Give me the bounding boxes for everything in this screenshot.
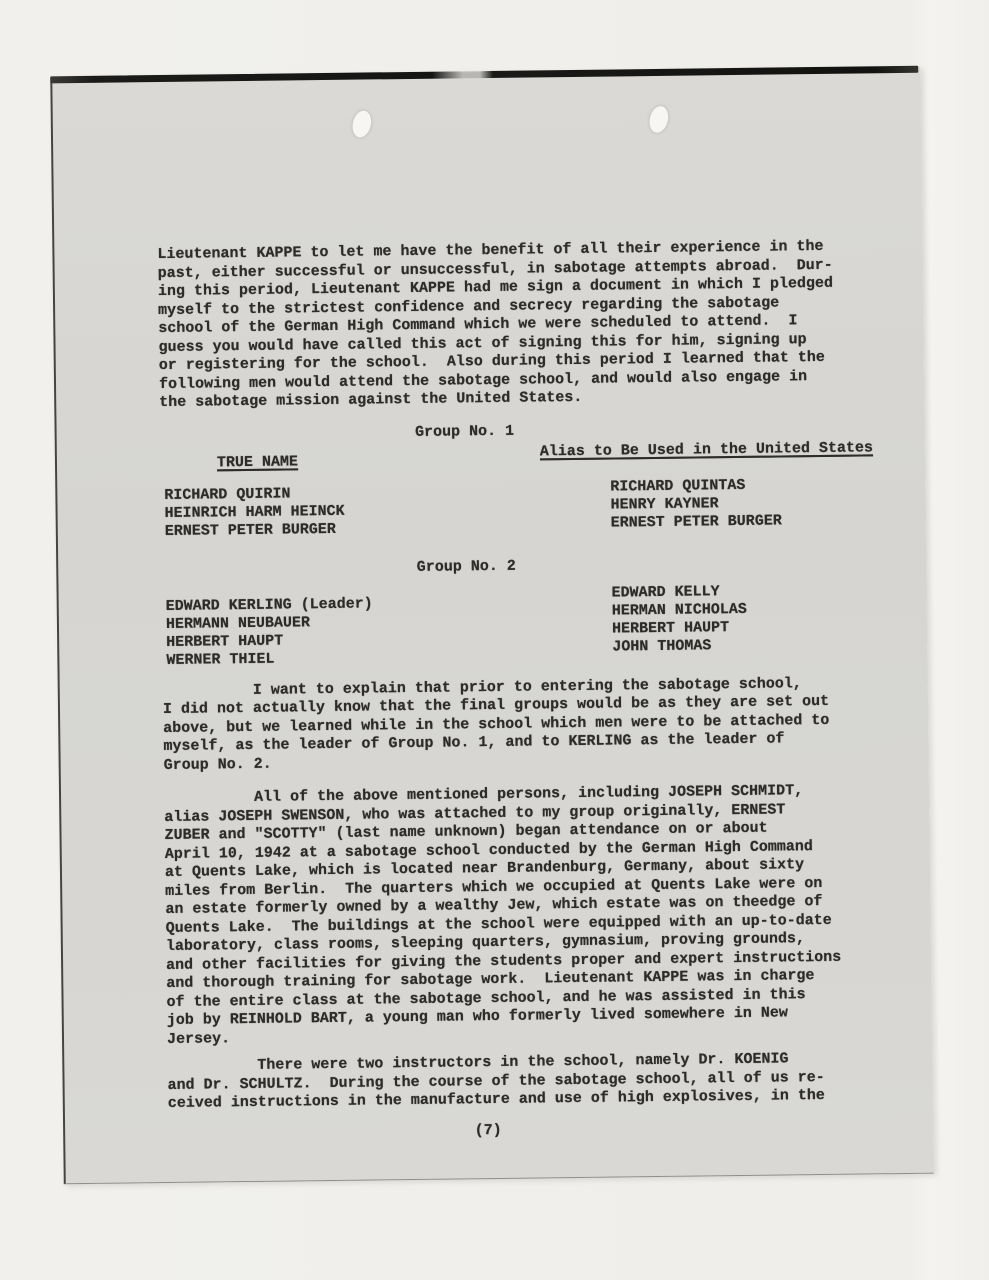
alias-column-header: Alias to Be Used in the United States <box>540 438 873 461</box>
group-1-names: RICHARD QUIRIN HEINRICH HARM HEINCK ERNE… <box>160 478 861 541</box>
paragraph-kappe-pledge: Lieutenant KAPPE to let me have the bene… <box>157 238 859 413</box>
name-column-headers: TRUE NAME Alias to Be Used in the United… <box>160 445 860 474</box>
group-2-true-names: EDWARD KERLING (Leader) HERMANN NEUBAUER… <box>166 589 863 669</box>
page-number: (7) <box>138 1117 838 1144</box>
alias-name: EDWARD KELLY <box>612 582 747 602</box>
page-content: Lieutenant KAPPE to let me have the bene… <box>157 238 868 1144</box>
hole-punch-left <box>350 109 374 139</box>
alias-name: JOHN THOMAS <box>612 636 747 656</box>
group-2-names: EDWARD KERLING (Leader) HERMANN NEUBAUER… <box>162 589 863 670</box>
paragraph-group-explanation: I want to explain that prior to entering… <box>163 674 864 775</box>
true-name-column-header: TRUE NAME <box>217 452 298 472</box>
page-top-edge <box>50 66 918 84</box>
group-2-aliases: EDWARD KELLY HERMAN NICHOLAS HERBERT HAU… <box>612 582 748 656</box>
group-2-heading: Group No. 2 <box>116 554 816 581</box>
scanned-document: Lieutenant KAPPE to let me have the bene… <box>0 0 989 1280</box>
alias-name: HERMAN NICHOLAS <box>612 600 747 620</box>
alias-name: RICHARD QUINTAS <box>610 476 781 496</box>
paragraph-sabotage-school: All of the above mentioned persons, incl… <box>164 781 867 1049</box>
paragraph-instructors: There were two instructors in the school… <box>167 1049 868 1113</box>
hole-punch-right <box>647 104 671 134</box>
alias-name: HERBERT HAUPT <box>612 618 747 638</box>
document-page: Lieutenant KAPPE to let me have the bene… <box>50 67 933 1185</box>
alias-name: HENRY KAYNER <box>610 494 781 514</box>
alias-name: ERNEST PETER BURGER <box>611 512 782 532</box>
group-1-aliases: RICHARD QUINTAS HENRY KAYNER ERNEST PETE… <box>610 476 782 532</box>
